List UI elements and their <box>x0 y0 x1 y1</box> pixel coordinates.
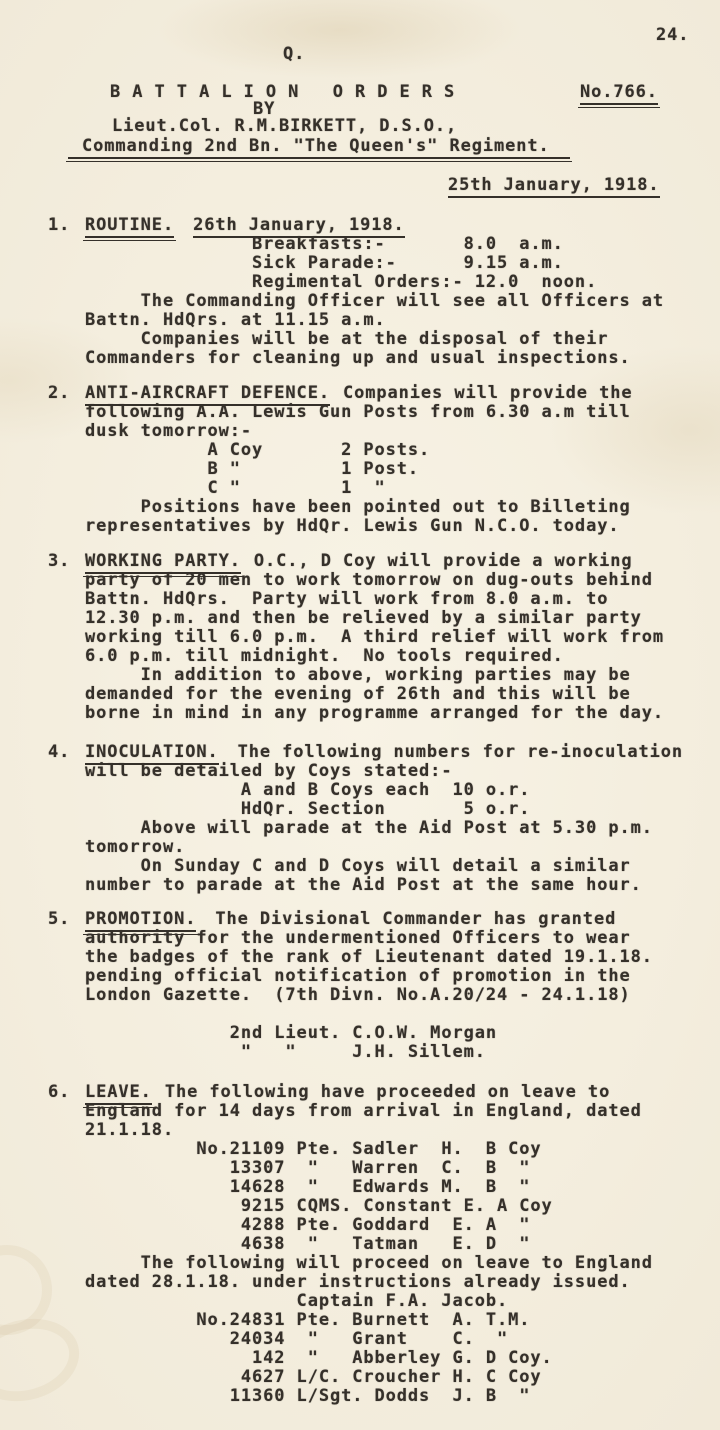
section-lead: The Divisional Commander has granted <box>215 909 616 929</box>
section-number: 4. <box>48 743 70 762</box>
section-body: Breakfasts:- 8.0 a.m. Sick Parade:- 9.15… <box>85 235 710 368</box>
order-number: No.766. <box>580 83 658 102</box>
section-body: authority for the undermentioned Officer… <box>85 929 710 1062</box>
section-heading: ROUTINE. <box>85 215 174 238</box>
section-1-routine: 1. ROUTINE.26th January, 1918. Breakfast… <box>48 216 710 368</box>
section-number: 6. <box>48 1083 70 1102</box>
commanding-officer-name: Lieut.Col. R.M.BIRKETT, D.S.O., <box>112 117 457 136</box>
section-3-working-party: 3. WORKING PARTY.O.C., D Coy will provid… <box>48 552 710 723</box>
bleed-through-mark <box>0 1245 52 1335</box>
distribution-mark-q: Q. <box>283 45 305 64</box>
section-lead: Companies will provide the <box>343 383 633 403</box>
section-heading: WORKING PARTY. <box>85 551 241 574</box>
section-6-leave: 6. LEAVE.The following have proceeded on… <box>48 1083 710 1406</box>
section-body: following A.A. Lewis Gun Posts from 6.30… <box>85 403 710 536</box>
section-body: will be detailed by Coys stated:- A and … <box>85 762 710 895</box>
commanding-unit-line: Commanding 2nd Bn. "The Queen's" Regimen… <box>82 137 570 156</box>
section-heading-line: PROMOTION.The Divisional Commander has g… <box>85 910 710 929</box>
section-lead: The following have proceeded on leave to <box>165 1082 610 1102</box>
section-number: 5. <box>48 910 70 929</box>
section-4-inoculation: 4. INOCULATION.The following numbers for… <box>48 743 710 895</box>
document-title: B A T T A L I O N O R D E R S <box>110 83 455 102</box>
page-number: 24. <box>656 26 689 45</box>
section-heading-line: INOCULATION.The following numbers for re… <box>85 743 710 762</box>
order-date-text: 25th January, 1918. <box>448 175 660 198</box>
section-number: 3. <box>48 552 70 571</box>
order-date-line: 25th January, 1918. <box>448 176 660 195</box>
section-heading-line: ROUTINE.26th January, 1918. <box>85 216 710 235</box>
section-lead: The following numbers for re-inoculation <box>238 742 683 762</box>
section-2-anti-aircraft-defence: 2. ANTI-AIRCRAFT DEFENCE.Companies will … <box>48 384 710 536</box>
section-body: England for 14 days from arrival in Engl… <box>85 1102 710 1406</box>
document-page: 24. Q. B A T T A L I O N O R D E R S No.… <box>0 0 720 1430</box>
section-heading-line: ANTI-AIRCRAFT DEFENCE.Companies will pro… <box>85 384 710 403</box>
section-heading-line: WORKING PARTY.O.C., D Coy will provide a… <box>85 552 710 571</box>
section-lead: O.C., D Coy will provide a working <box>254 551 633 571</box>
commanding-unit-text: Commanding 2nd Bn. "The Queen's" Regimen… <box>68 136 570 159</box>
section-heading-line: LEAVE.The following have proceeded on le… <box>85 1083 710 1102</box>
section-heading: LEAVE. <box>85 1082 152 1105</box>
section-number: 2. <box>48 384 70 403</box>
section-body: party of 20 men to work tomorrow on dug-… <box>85 571 710 723</box>
section-5-promotion: 5. PROMOTION.The Divisional Commander ha… <box>48 910 710 1062</box>
order-number-text: No.766. <box>580 82 658 105</box>
section-number: 1. <box>48 216 70 235</box>
section-heading: PROMOTION. <box>85 909 196 932</box>
